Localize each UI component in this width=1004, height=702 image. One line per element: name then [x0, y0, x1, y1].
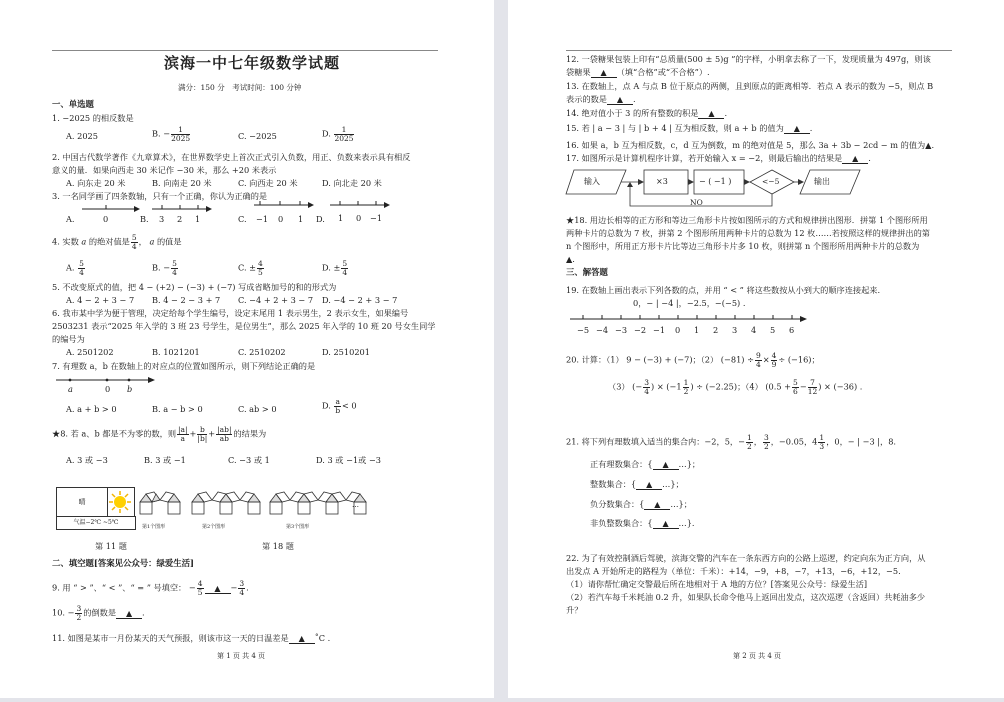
q12-answer-blank: ▲ [591, 68, 617, 78]
q7-stem: 7. 有理数 a，b 在数轴上的对应点的位置如图所示，则下列结论正确的是 [52, 361, 315, 372]
q3-b-tick-0: 3 [159, 214, 164, 225]
q2-option-c: C. 向西走 20 米 [238, 178, 298, 189]
weather-condition: 晴 [56, 487, 108, 517]
q8-option-c: C. −3 或 1 [228, 455, 270, 466]
q20-line1: 20. 计算：（1） 9 − (−3) + (−7)；（2） (−81) ÷94… [566, 352, 820, 369]
q19-tick-3: 3 [732, 325, 737, 336]
section-heading-2: 二、填空题[答案见公众号：绿爱生活] [52, 558, 194, 569]
q11-answer-blank: ▲ [289, 634, 315, 644]
q4-option-b: B. −54 [152, 260, 179, 277]
q15-stem: 15. 若 | a − 3 | 与 | b + 4 | 互为相反数，则 a + … [566, 123, 812, 134]
q6-line1: 6. 我市某中学为便于管理，决定给每个学生编号，设定末尾用 1 表示男生，2 表… [52, 308, 408, 319]
q21-set-integer: 整数集合：{▲…}； [590, 479, 684, 490]
q22-line5: 升？ [566, 605, 582, 616]
exam-title: 滨海一中七年级数学试题 [164, 58, 340, 69]
q21-blank-4: ▲ [653, 519, 679, 529]
header-rule [52, 50, 438, 51]
q19-tick-m1: −1 [653, 325, 665, 336]
q5-stem: 5. 不改变原式的值，把 4 − (+2) − (−3) + (−7) 写成省略… [52, 282, 336, 293]
flow-condition-label: <−5 [762, 176, 779, 187]
q1-stem: 1. −2025 的相反数是 [52, 113, 134, 124]
q6-line2: 2503231 表示“2025 年入学的 3 班 23 号学生，是位男生”，那么… [52, 321, 435, 332]
q19-tick-2: 2 [713, 325, 718, 336]
q21-stem: 21. 将下列有理数填入适当的集合内：−2，5，−12，32，−0.05，413… [566, 434, 896, 451]
q7-option-a: A. a + b > 0 [66, 404, 117, 415]
q22-line1: 22. 为了有效控制酒后驾驶，滨海交警的汽车在一条东西方向的公路上巡逻，约定向东… [566, 553, 926, 564]
q18-line3: n 个图形中，所用正方形卡片比等边三角形卡片多 10 枚，则拼第 n 个图形所用… [566, 241, 919, 252]
q3-d-tick-1: 0 [356, 213, 361, 224]
flow-output-label: 输出 [814, 176, 830, 187]
flow-times3-label: ×3 [656, 176, 668, 187]
sun-icon [106, 487, 135, 517]
flow-minus-label: − ( −1 ) [699, 176, 731, 187]
page-1: 滨海一中七年级数学试题 满分：150 分 考试时间：100 分钟 一、单选题 1… [0, 0, 494, 698]
q6-option-d: D. 2510201 [322, 347, 370, 358]
q3-c-tick-0: −1 [256, 214, 268, 225]
q3-b-tick-1: 2 [177, 214, 182, 225]
flow-input-label: 输入 [584, 176, 600, 187]
q21-blank-1: ▲ [653, 460, 679, 470]
q19-tick-0: 0 [675, 325, 680, 336]
q9-stem: 9. 用 “ > ”、“ < ”、“ = ” 号填空： −45▲−34. [52, 580, 249, 597]
q19-tick-6: 6 [789, 325, 794, 336]
q5-option-b: B. 4 − 2 − 3 + 7 [152, 295, 220, 306]
q6-option-a: A. 2501202 [66, 347, 114, 358]
q3-option-a: A. [66, 214, 75, 225]
q19-number-line-icon [570, 312, 810, 324]
q18-line1: ★18. 用边长相等的正方形和等边三角形卡片按如图所示的方式和规律拼出图形．拼第… [566, 215, 928, 226]
q10-answer-blank: ▲ [116, 609, 142, 619]
q2-option-a: A. 向东走 20 米 [66, 178, 126, 189]
q8-stem: ★8. 若 a、b 都是不为零的数，则|a|a+b|b|+|ab|ab的结果为 [52, 426, 266, 443]
fig18-caption: 第 18 题 [262, 541, 294, 552]
q7-option-c: C. ab > 0 [238, 404, 277, 415]
exam-subtitle: 满分：150 分 考试时间：100 分钟 [178, 82, 301, 93]
q5-option-a: A. 4 − 2 + 3 − 7 [66, 295, 134, 306]
q19-stem: 19. 在数轴上画出表示下列各数的点，并用 “ < ” 将这些数按从小到大的顺序… [566, 285, 880, 296]
q6-option-c: C. 2510202 [238, 347, 286, 358]
q3-option-c: C. [238, 214, 247, 225]
q2-option-b: B. 向南走 20 米 [152, 178, 212, 189]
q7-option-d: D. ab< 0 [322, 398, 357, 415]
q22-line3: （1）请你帮忙确定交警最后所在地相对于 A 地的方位？[答案见公众号：绿爱生活] [566, 579, 867, 590]
q5-option-c: C. −4 + 2 + 3 − 7 [238, 295, 313, 306]
q7-label-b: b [127, 384, 132, 395]
q17-answer-blank: ▲ [842, 154, 868, 164]
q6-option-b: B. 1021201 [152, 347, 200, 358]
q4-stem: 4. 实数 a 的绝对值是54， a 的值是 [52, 234, 182, 251]
q4-option-d: D. ±54 [322, 260, 349, 277]
fig18-label-2: 第2个图形 [202, 522, 225, 533]
q19-tick-m3: −3 [615, 325, 627, 336]
q12-line2: 袋糖果▲（填“合格”或“不合格”）. [566, 67, 710, 78]
q8-option-a: A. 3 或 −3 [66, 455, 108, 466]
page-2: 12. 一袋糖果包装上印有“总质量(500 ± 5)g ”的字样，小明拿去称了一… [508, 0, 1004, 698]
q19-tick-m4: −4 [596, 325, 608, 336]
q18-line2: 两种卡片的总数为 7 枚，拼第 2 个图形所用两种卡片的总数为 12 枚……若按… [566, 228, 930, 239]
q21-set-positive-rational: 正有理数集合：{▲…}； [590, 459, 700, 470]
q3-axis-c-icon [254, 200, 316, 212]
q19-tick-m2: −2 [634, 325, 646, 336]
q9-answer-blank: ▲ [205, 584, 231, 594]
q14-answer-blank: ▲ [698, 109, 724, 119]
q3-d-tick-2: −1 [370, 213, 382, 224]
q8-option-d: D. 3 或 −1或 −3 [316, 455, 381, 466]
q19-tick-1: 1 [694, 325, 699, 336]
q8-option-b: B. 3 或 −1 [144, 455, 186, 466]
q10-stem: 10. −32的倒数是▲. [52, 605, 145, 622]
q3-axis-a-icon [82, 204, 142, 216]
fig18-ellipsis: … [352, 500, 359, 511]
q21-set-nonnegative-integer: 非负整数集合：{▲…}. [590, 518, 695, 529]
q6-line3: 的编号为 [52, 334, 85, 345]
q1-option-b: B. −12025 [152, 126, 191, 143]
weather-temperature: 气温−2℃ ~5℃ [56, 516, 136, 530]
q3-stem: 3. 一名同学画了四条数轴，只有一个正确，你认为正确的是 [52, 191, 267, 202]
q5-option-d: D. −4 − 2 + 3 − 7 [322, 295, 397, 306]
fig11-caption: 第 11 题 [95, 541, 127, 552]
q12-line1: 12. 一袋糖果包装上印有“总质量(500 ± 5)g ”的字样，小明拿去称了一… [566, 54, 931, 65]
q2-line2: 意义的量．如果向西走 30 米记作 −30 米，那么 +20 米表示 [52, 165, 276, 176]
q17-stem: 17. 如图所示是计算机程序计算，若开始输入 x = −2，则最后输出的结果是▲… [566, 153, 871, 164]
q7-option-b: B. a − b > 0 [152, 404, 203, 415]
q19-tick-m5: −5 [577, 325, 589, 336]
q2-line1: 2. 中国古代数学著作《九章算术》，在世界数学史上首次正式引入负数，用正、负数来… [52, 152, 410, 163]
q3-a-tick-0: 0 [103, 214, 108, 225]
q4-option-a: A. 54 [66, 260, 86, 277]
q17-flowchart-icon [566, 168, 866, 208]
q14-stem: 14. 绝对值小于 3 的所有整数的积是▲. [566, 108, 727, 119]
fig18-label-3: 第3个图形 [286, 522, 309, 533]
q16-stem: 16. 如果 a，b 互为相反数，c，d 互为倒数，m 的绝对值是 5，那么 3… [566, 140, 934, 151]
q3-option-b: B. [140, 214, 149, 225]
q21-set-negative-fraction: 负分数集合：{▲…}； [590, 499, 692, 510]
q22-line2: 出发点 A 开始所走的路程为（单位：千米）：+14，−9，+8，−7，+13，−… [566, 566, 901, 577]
section-heading-1: 一、单选题 [52, 99, 94, 110]
q19-tick-4: 4 [751, 325, 756, 336]
header-rule [566, 50, 952, 51]
q19-tick-5: 5 [770, 325, 775, 336]
q3-c-tick-2: 1 [298, 214, 303, 225]
page-footer: 第 2 页 共 4 页 [733, 651, 781, 662]
q3-c-tick-1: 0 [278, 214, 283, 225]
q3-d-tick-0: 1 [338, 213, 343, 224]
fig18-label-1: 第1个图形 [142, 522, 165, 533]
q21-blank-2: ▲ [636, 480, 662, 490]
q21-blank-3: ▲ [644, 500, 670, 510]
q22-line4: （2）若汽车每千米耗油 0.2 升，如果队长命令他马上返回出发点，这次巡逻（含返… [566, 592, 925, 603]
q13-line2: 表示的数是▲. [566, 94, 636, 105]
q13-line1: 13. 在数轴上，点 A 与点 B 位于原点的两侧，且到原点的距离相等．若点 A… [566, 81, 933, 92]
q18-line4: ▲. [566, 254, 575, 265]
q3-axis-d-icon [330, 200, 392, 212]
q19-numbers: 0，− | −4 |，−2.5，−(−5) . [633, 298, 745, 309]
q1-option-c: C. −2025 [238, 131, 277, 142]
q11-stem: 11. 如图是某市一月份某天的天气预报，则该市这一天的日温差是▲˚C . [52, 633, 330, 644]
page-footer: 第 1 页 共 4 页 [217, 651, 265, 662]
q7-label-a: a [68, 384, 73, 395]
section-heading-3: 三、解答题 [566, 267, 608, 278]
q1-option-a: A. 2025 [66, 131, 98, 142]
q1-option-d: D. 12025 [322, 126, 355, 143]
q3-b-tick-2: 1 [195, 214, 200, 225]
tiling-pattern-figures-icon [138, 492, 358, 522]
q15-answer-blank: ▲ [784, 124, 810, 134]
q7-label-0: 0 [105, 384, 110, 395]
q2-option-d: D. 向北走 20 米 [322, 178, 382, 189]
flow-no-label: NO [690, 197, 703, 208]
q13-answer-blank: ▲ [607, 95, 633, 105]
q20-line2: （3） (−34) × (−112) ÷ (−2.25)；（4） (0.5 +5… [608, 379, 862, 396]
q4-option-c: C. ±45 [238, 260, 265, 277]
q3-option-d: D. [316, 214, 325, 225]
